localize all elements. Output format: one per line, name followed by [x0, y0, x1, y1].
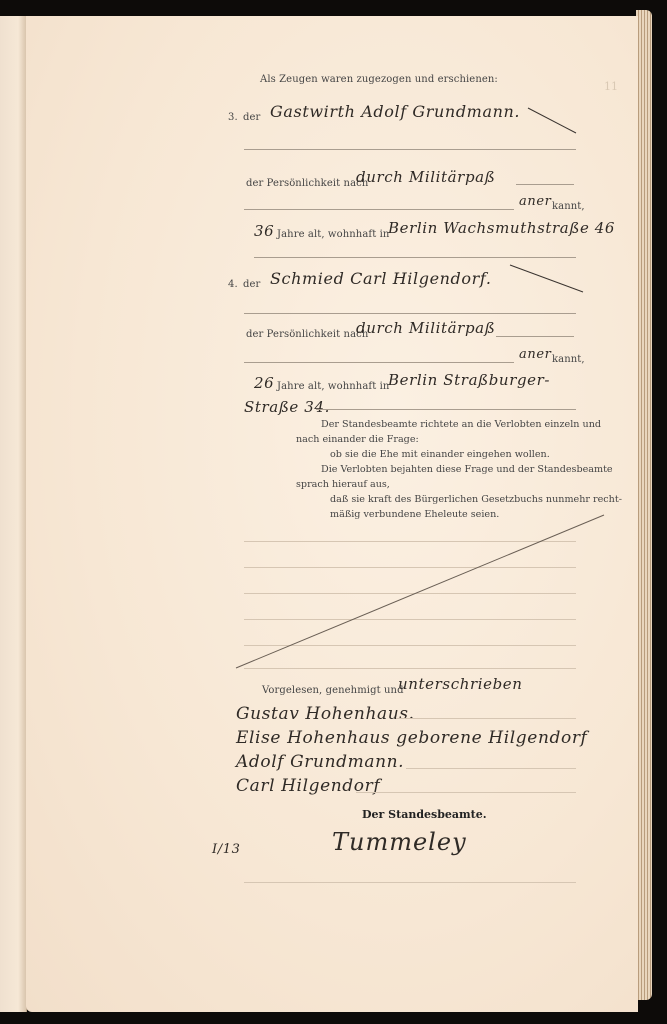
pen-strokes [0, 0, 667, 1024]
name-dash-stroke [528, 108, 576, 133]
strike-through-line [236, 515, 604, 668]
name-dash-stroke [510, 265, 583, 292]
